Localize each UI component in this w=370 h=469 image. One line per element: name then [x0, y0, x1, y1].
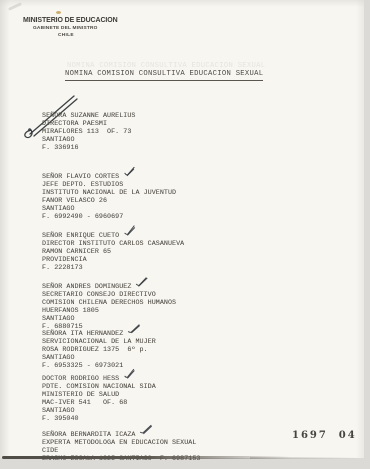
entry-line: SANTIAGO [42, 205, 176, 213]
entry-line: ROSA RODRIGUEZ 1375 6º p. [42, 346, 156, 354]
entry-line: HUERFANOS 1805 [42, 307, 176, 315]
entry-line: MINISTERIO DE SALUD [42, 391, 156, 399]
entry-line: SERVICIONACIONAL DE LA MUJER [42, 338, 156, 346]
contact-entry: SEÑORA ITA HERNANDEZ SERVICIONACIONAL DE… [42, 323, 156, 370]
entry-name: SEÑORA SUZANNE AURELIUS [42, 112, 135, 120]
contact-entry: SEÑORA SUZANNE AURELIUS DIRECTORA PAESMI… [42, 112, 135, 152]
entry-line: SANTIAGO [42, 315, 176, 323]
pen-checkmark-icon [123, 166, 136, 177]
entry-name-line: SEÑORA BERNARDITA ICAZA [42, 424, 200, 439]
entry-name-line: SEÑOR FLAVIO CORTES [42, 166, 176, 181]
entry-name-line: SEÑOR ANDRES DOMINGUEZ [42, 276, 176, 291]
pen-checkmark-icon [127, 323, 140, 334]
entry-line: SANTIAGO [42, 136, 135, 144]
entry-line: SANTIAGO [42, 354, 156, 362]
entry-name: SEÑORA ITA HERNANDEZ [42, 330, 123, 338]
entry-name-line: SEÑOR ENRIQUE CUETO [42, 225, 184, 240]
entry-name: SEÑOR ENRIQUE CUETO [42, 232, 119, 240]
document-title: NOMINA COMISION CONSULTIVA EDUCACION SEX… [65, 70, 263, 81]
pen-checkmark-icon [135, 276, 148, 287]
entry-line: COMISION CHILENA DERECHOS HUMANOS [42, 299, 176, 307]
entry-name: DOCTOR RODRIGO HESS [42, 375, 119, 383]
entry-line: CIDE [42, 447, 200, 455]
entry-name-line: SEÑORA SUZANNE AURELIUS [42, 112, 135, 120]
emblem-speck [56, 11, 61, 14]
entry-line: F. 336916 [42, 144, 135, 152]
entry-line: FANOR VELASCO 26 [42, 197, 176, 205]
registry-stamp: 1697 04 [292, 430, 357, 441]
contact-entry: SEÑOR FLAVIO CORTES JEFE DEPTO. ESTUDIOS… [42, 166, 176, 221]
letterhead-country: CHILE [58, 33, 74, 38]
entry-line: SECRETARIO CONSEJO DIRECTIVO [42, 291, 176, 299]
entry-line: RAMON CARNICER 65 [42, 248, 184, 256]
entry-line: DIRECTORA PAESMI [42, 120, 135, 128]
entry-line: PROVIDENCIA [42, 256, 184, 264]
entry-name: SEÑORA BERNARDITA ICAZA [42, 431, 135, 439]
entry-name-line: SEÑORA ITA HERNANDEZ [42, 323, 156, 338]
entry-line: MIRAFLORES 113 OF. 73 [42, 128, 135, 136]
paper-bottom-edge-faint [250, 457, 360, 459]
pen-checkmark-icon [123, 225, 136, 236]
entry-line: MAC-IVER 541 OF. 68 [42, 399, 156, 407]
entry-line: INSTITUTO NACIONAL DE LA JUVENTUD [42, 189, 176, 197]
entry-name: SEÑOR FLAVIO CORTES [42, 173, 119, 181]
entry-line: SANTIAGO [42, 407, 156, 415]
pen-checkmark-icon [123, 368, 136, 379]
entry-name-line: DOCTOR RODRIGO HESS [42, 368, 156, 383]
contact-entry: DOCTOR RODRIGO HESS PDTE. COMISION NACIO… [42, 368, 156, 423]
entry-line: JEFE DEPTO. ESTUDIOS [42, 181, 176, 189]
entry-line: DIRECTOR INSTITUTO CARLOS CASANUEVA [42, 240, 184, 248]
paper-bottom-edge [2, 456, 290, 459]
contact-entry: SEÑOR ENRIQUE CUETO DIRECTOR INSTITUTO C… [42, 225, 184, 272]
entry-line: F. 2228173 [42, 264, 184, 272]
entry-line: F. 6992490 - 6960697 [42, 213, 176, 221]
entry-line: EXPERTA METODOLOGA EN EDUCACION SEXUAL [42, 439, 200, 447]
scanned-document: MINISTERIO DE EDUCACION GABINETE DEL MIN… [0, 0, 370, 469]
entry-line: PDTE. COMISION NACIONAL SIDA [42, 383, 156, 391]
entry-name: SEÑOR ANDRES DOMINGUEZ [42, 283, 131, 291]
pen-checkmark-icon [139, 424, 152, 435]
letterhead-ministry: MINISTERIO DE EDUCACION [23, 17, 118, 24]
entry-line: F. 395040 [42, 415, 156, 423]
letterhead-office: GABINETE DEL MINISTRO [33, 26, 98, 31]
